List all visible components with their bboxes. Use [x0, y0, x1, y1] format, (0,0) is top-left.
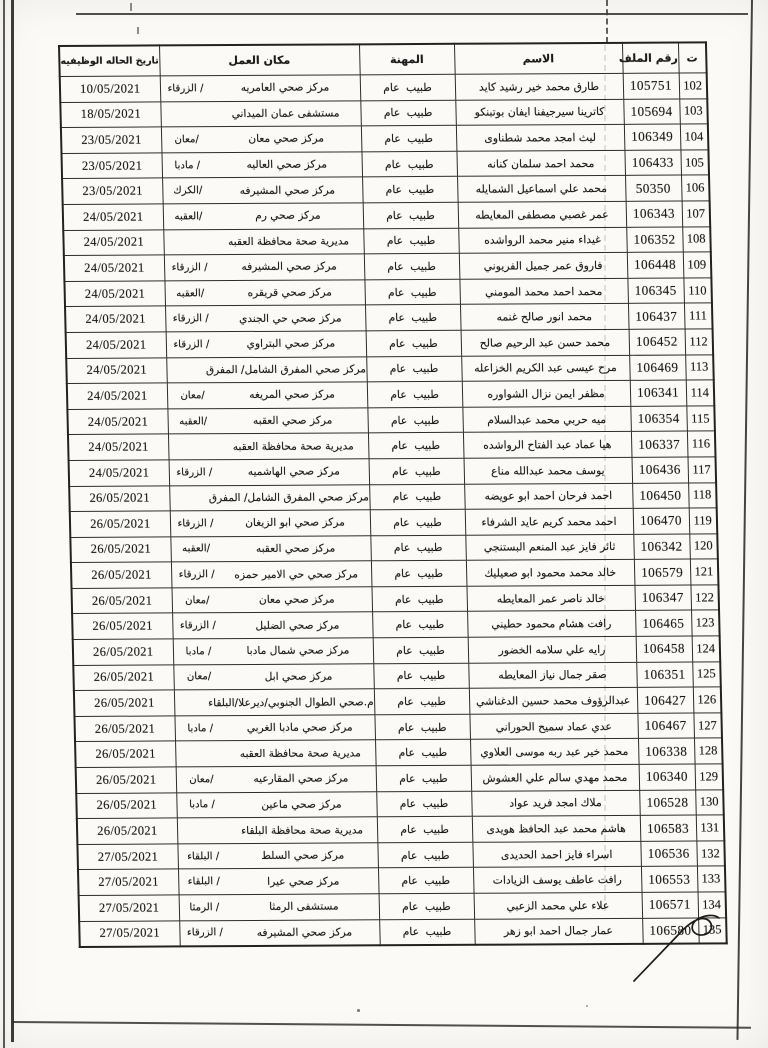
- table-row: 122 106347 خالد ناصر عمر المعايطه طبيب ع…: [72, 585, 720, 614]
- workplace-wrap: مديرية صحة محافظة العقبه: [176, 741, 376, 767]
- scan-tick: [137, 27, 139, 34]
- cell-workplace: مركز صحي رم /العقبه: [163, 203, 364, 230]
- col-header-profession: المهنة: [359, 44, 455, 75]
- cell-file-no: 106450: [632, 483, 689, 509]
- cell-workplace: مركز صحي ابل /معان: [173, 663, 374, 690]
- cell-profession: طبيب عام: [361, 125, 457, 151]
- header-row: ت رقم الملف الاسم المهنة مكان العمل تاري…: [59, 42, 707, 76]
- workplace-wrap: مركز صحي المريغه /معان: [167, 382, 367, 408]
- table-row: 118 106450 احمد فرحان احمد ابو عويضه طبي…: [69, 482, 717, 511]
- workplace-name: مركز صحي المقارعيه: [226, 773, 375, 786]
- workplace-region: / الزرقاء: [166, 339, 216, 350]
- page-left-border-inner: [11, 0, 14, 1042]
- cell-status-date: 24/05/2021: [66, 332, 167, 358]
- cell-index: 112: [685, 329, 714, 355]
- workplace-region: / الزرقاء: [166, 313, 216, 324]
- cell-profession: طبيب عام: [367, 407, 463, 433]
- cell-profession: طبيب عام: [363, 202, 459, 228]
- cell-status-date: 24/05/2021: [67, 409, 168, 435]
- cell-name: خالد ناصر عمر المعايطه: [466, 585, 635, 612]
- workplace-wrap: مركز صحي معان /معان: [172, 587, 372, 613]
- table-row: 119 106470 احمد محمد كريم عايد الشرفاء ط…: [70, 508, 718, 537]
- cell-profession: طبيب عام: [368, 433, 464, 459]
- cell-name: طارق محمد خير رشيد كايد: [455, 73, 624, 100]
- cell-name: رافت عاطف يوسف الزيادات: [473, 867, 642, 894]
- cell-index: 115: [686, 406, 715, 432]
- page-bottom-border: [13, 1021, 751, 1029]
- cell-workplace: مركز صحي المريغه /معان: [167, 382, 368, 409]
- cell-status-date: 26/05/2021: [75, 741, 176, 767]
- cell-workplace: مركز صحي مادبا الغربي / مادبا: [174, 715, 375, 742]
- cell-workplace: مركز صحي المفرق الشامل/ المفرق: [169, 484, 370, 511]
- cell-file-no: 106354: [630, 406, 687, 432]
- cell-status-date: 26/05/2021: [76, 767, 177, 793]
- cell-index: 105: [680, 150, 709, 176]
- cell-status-date: 23/05/2021: [61, 127, 162, 153]
- cell-index: 106: [681, 175, 710, 201]
- workplace-region: /معان: [167, 390, 217, 401]
- cell-workplace: مركز صحي ابو الزيغان / الزرقاء: [170, 510, 371, 537]
- cell-workplace: مركز صحي عيرا / البلقاء: [178, 868, 379, 895]
- cell-status-date: 24/05/2021: [67, 383, 168, 409]
- workplace-region: /العقبه: [168, 416, 218, 427]
- cell-workplace: مركز صحي البتراوي / الزرقاء: [166, 331, 367, 358]
- workplace-region: / الزرقاء: [169, 467, 219, 478]
- table-row: 131 106583 هاشم محمد عبد الحافظ هويدى طب…: [77, 815, 725, 844]
- cell-name: فاروق عمر جميل الفريوني: [459, 253, 628, 280]
- cell-profession: طبيب عام: [364, 253, 460, 279]
- workplace-name: مركز صحي الضليل: [223, 619, 372, 632]
- cell-workplace: مركز صحي المشيرفه / الزرقاء: [164, 254, 365, 281]
- table-row: 132 106536 اسراء فايز احمد الحديدى طبيب …: [77, 841, 725, 870]
- cell-profession: طبيب عام: [371, 586, 467, 612]
- workplace-wrap: مديرية صحة محافظة البلقاء: [177, 818, 377, 844]
- table-row: 120 106342 ثائر فايز عبد المنعم البستنجي…: [70, 534, 718, 563]
- workplace-wrap: مديرية صحة محافظة العقبه: [164, 229, 364, 255]
- cell-file-no: 106452: [629, 329, 686, 355]
- page-right-border: [736, 0, 753, 1040]
- cell-name: مرح عيسى عبد الكريم الخزاعله: [461, 355, 630, 382]
- cell-workplace: مركز صحي العقبه /العقبه: [167, 408, 368, 435]
- cell-profession: طبيب عام: [373, 663, 469, 689]
- cell-workplace: م.صحي الطوال الجنوبي/ديرعلا/البلقاء: [174, 689, 375, 716]
- cell-file-no: 106341: [630, 380, 687, 406]
- cell-status-date: 26/05/2021: [72, 588, 173, 614]
- workplace-name: مركز صحي حي الامير حمزه: [222, 568, 371, 581]
- workplace-wrap: مركز صحي حي الامير حمزه / الزرقاء: [171, 562, 371, 588]
- col-header-file-no: رقم الملف: [622, 43, 679, 74]
- cell-name: محمد علي اسماعيل الشمايله: [457, 176, 626, 203]
- workplace-wrap: مستشفى عمان الميداني: [161, 101, 361, 127]
- cell-status-date: 26/05/2021: [74, 690, 175, 716]
- cell-status-date: 24/05/2021: [64, 281, 165, 307]
- cell-name: محمد احمد محمد المومني: [459, 278, 628, 305]
- cell-workplace: مديرية صحة محافظة البلقاء: [177, 817, 378, 844]
- workplace-wrap: مركز صحي ماعين / مادبا: [177, 792, 377, 818]
- staff-table: ت رقم الملف الاسم المهنة مكان العمل تاري…: [58, 41, 728, 948]
- workplace-region: /العقبه: [171, 544, 221, 555]
- cell-workplace: مركز صحي حي الجندي / الزرقاء: [165, 305, 366, 332]
- workplace-wrap: مديرية صحة محافظة العقبه: [168, 434, 368, 460]
- cell-profession: طبيب عام: [360, 74, 456, 100]
- cell-profession: طبيب عام: [377, 842, 473, 868]
- workplace-name: مركز صحي المشيرفه: [213, 184, 362, 197]
- cell-index: 108: [682, 226, 711, 252]
- col-header-name: الاسم: [454, 43, 623, 74]
- cell-profession: طبيب عام: [371, 561, 467, 587]
- col-header-status-date: تاريخ الحاله الوظيفيه: [59, 45, 160, 76]
- cell-workplace: مركز صحي حي الامير حمزه / الزرقاء: [171, 561, 372, 588]
- workplace-name: مركز صحي المشيرفه: [214, 261, 363, 274]
- table-row: 126 106427 عبدالرؤوف محمد حسين الدغناشي …: [74, 687, 722, 716]
- cell-status-date: 27/05/2021: [79, 921, 180, 948]
- table-row: 125 106351 صقر جمال نياز المعايطه طبيب ع…: [73, 662, 721, 691]
- cell-index: 103: [679, 98, 708, 124]
- cell-index: 132: [696, 841, 725, 867]
- workplace-name: مركز صحي المفرق الشامل/ المفرق: [209, 491, 369, 504]
- cell-status-date: 23/05/2021: [62, 178, 163, 204]
- workplace-name: مستشفى عمان الميداني: [211, 107, 360, 120]
- cell-name: هيا عماد عبد الفتاح الرواشده: [463, 432, 632, 459]
- workplace-name: مديرية صحة محافظة العقبه: [226, 747, 375, 760]
- cell-profession: طبيب عام: [362, 177, 458, 203]
- workplace-region: / البلقاء: [179, 876, 229, 887]
- cell-status-date: 24/05/2021: [64, 255, 165, 281]
- scanned-page: ت رقم الملف الاسم المهنة مكان العمل تاري…: [0, 0, 768, 1048]
- table-row: 106 50350 محمد علي اسماعيل الشمايله طبيب…: [62, 175, 710, 204]
- cell-workplace: مركز صحي المفرق الشامل/ المفرق: [166, 356, 367, 383]
- workplace-region: / الزرقاء: [160, 83, 210, 94]
- cell-workplace: مركز صحي الهاشميه / الزرقاء: [169, 459, 370, 486]
- cell-status-date: 27/05/2021: [77, 844, 178, 870]
- cell-name: محمد خير عبد ربه موسى العلاوي: [470, 739, 639, 766]
- cell-index: 121: [690, 559, 719, 585]
- cell-name: غيداء منير محمد الرواشده: [458, 227, 627, 254]
- workplace-wrap: مركز صحي ابل /معان: [174, 664, 374, 690]
- cell-status-date: 26/05/2021: [69, 485, 170, 511]
- cell-index: 118: [688, 482, 717, 508]
- workplace-name: مركز صحي ابو الزيغان: [220, 517, 369, 530]
- cell-file-no: 106352: [626, 227, 683, 253]
- cell-name: عمر غصبي مصطفى المعايطه: [458, 201, 627, 228]
- cell-file-no: 106343: [626, 201, 683, 227]
- workplace-wrap: مركز صحي البتراوي / الزرقاء: [166, 331, 366, 357]
- cell-workplace: مركز صحي معان /معان: [161, 126, 362, 153]
- cell-workplace: مركز صحي العامريه / الزرقاء: [160, 75, 361, 102]
- cell-name: هاشم محمد عبد الحافظ هويدى: [472, 816, 641, 843]
- workplace-name: مركز صحي المشيرفه: [230, 926, 379, 939]
- workplace-wrap: مركز صحي شمال مادبا / مادبا: [173, 638, 373, 664]
- cell-name: عمار جمال احمد ابو زهر: [474, 918, 643, 945]
- cell-workplace: مركز صحي ماعين / مادبا: [176, 791, 377, 818]
- workplace-name: مركز صحي قريقره: [215, 286, 364, 299]
- col-header-workplace: مكان العمل: [159, 44, 360, 76]
- cell-status-date: 24/05/2021: [69, 460, 170, 486]
- cell-name: مظفر ايمن نزال الشواوره: [462, 380, 631, 407]
- cell-profession: طبيب عام: [374, 689, 470, 715]
- workplace-region: / مادبا: [173, 646, 223, 657]
- cell-file-no: 106469: [629, 355, 686, 381]
- cell-index: 120: [689, 534, 718, 560]
- workplace-name: مديرية صحة محافظة العقبه: [219, 440, 368, 453]
- cell-status-date: 10/05/2021: [60, 76, 161, 102]
- cell-status-date: 26/05/2021: [77, 818, 178, 844]
- table-row: 114 106341 مظفر ايمن نزال الشواوره طبيب …: [67, 380, 715, 409]
- workplace-region: /العقبه: [163, 211, 213, 222]
- cell-file-no: 106536: [640, 841, 697, 867]
- cell-status-date: 24/05/2021: [65, 306, 166, 332]
- cell-profession: طبيب عام: [369, 484, 465, 510]
- cell-status-date: 26/05/2021: [73, 639, 174, 665]
- cell-profession: طبيب عام: [365, 305, 461, 331]
- page-top-line: [76, 13, 748, 15]
- cell-status-date: 27/05/2021: [78, 869, 179, 895]
- scan-tick: [130, 3, 132, 11]
- cell-file-no: 106427: [637, 687, 694, 713]
- cell-profession: طبيب عام: [369, 458, 465, 484]
- cell-file-no: 106340: [639, 764, 696, 790]
- table-row: 105 106433 محمد احمد سلمان كنانه طبيب عا…: [61, 150, 709, 179]
- workplace-region: / الزرقاء: [173, 620, 223, 631]
- workplace-region: / مادبا: [162, 160, 212, 171]
- cell-index: 133: [697, 866, 726, 892]
- cell-file-no: 106437: [628, 303, 685, 329]
- cell-index: 107: [682, 201, 711, 227]
- cell-index: 129: [695, 764, 724, 790]
- cell-file-no: 106433: [624, 150, 681, 176]
- workplace-region: / الزرقاء: [165, 262, 215, 273]
- cell-file-no: 106345: [627, 278, 684, 304]
- workplace-region: /معان: [172, 595, 222, 606]
- workplace-wrap: مركز صحي الضليل / الزرقاء: [173, 613, 373, 639]
- cell-file-no: 106458: [636, 636, 693, 662]
- table-row: 124 106458 رايه علي سلامه الخضور طبيب عا…: [73, 636, 721, 665]
- workplace-name: مديرية صحة محافظة البلقاء: [227, 824, 376, 837]
- cell-workplace: مركز صحي شمال مادبا / مادبا: [173, 638, 374, 665]
- workplace-wrap: مركز صحي عيرا / البلقاء: [179, 869, 379, 895]
- workplace-wrap: مركز صحي العقبه /العقبه: [168, 408, 368, 434]
- cell-workplace: مستشفى الرمثا / الرمثا: [179, 894, 380, 921]
- cell-name: صقر جمال نياز المعايطه: [468, 662, 637, 689]
- table-row: 108 106352 غيداء منير محمد الرواشده طبيب…: [63, 226, 711, 255]
- workplace-name: مركز صحي رم: [213, 210, 362, 223]
- workplace-region: / مادبا: [175, 723, 225, 734]
- workplace-wrap: مركز صحي المشيرفه / الزرقاء: [164, 254, 364, 280]
- cell-name: محمد حسن عبد الرحيم صالح: [461, 329, 630, 356]
- cell-status-date: 26/05/2021: [70, 537, 171, 563]
- cell-status-date: 23/05/2021: [61, 153, 162, 179]
- cell-name: كاترينا سيرجيفنا ايفان بوتبنكو: [455, 99, 624, 126]
- cell-status-date: 26/05/2021: [73, 665, 174, 691]
- workplace-wrap: مركز صحي مادبا الغربي / مادبا: [175, 715, 375, 741]
- cell-workplace: مركز صحي العاليه / مادبا: [161, 152, 362, 179]
- workplace-name: مركز صحي ماعين: [227, 798, 376, 811]
- workplace-wrap: مركز صحي معان /معان: [161, 127, 361, 153]
- cell-name: محمد مهدي سالم علي العشوش: [471, 764, 640, 791]
- workplace-region: / الزرقاء: [180, 928, 230, 939]
- cell-index: 104: [680, 124, 709, 150]
- cell-file-no: 106338: [638, 738, 695, 764]
- table-row: 110 106345 محمد احمد محمد المومني طبيب ع…: [64, 278, 712, 307]
- cell-file-no: 106351: [636, 662, 693, 688]
- workplace-region: /العقبه: [165, 288, 215, 299]
- cell-index: 119: [689, 508, 718, 534]
- cell-index: 125: [692, 662, 721, 688]
- cell-file-no: 106337: [631, 431, 688, 457]
- cell-status-date: 27/05/2021: [79, 895, 180, 921]
- cell-index: 127: [693, 713, 722, 739]
- cell-index: 126: [693, 687, 722, 713]
- workplace-wrap: مركز صحي الهاشميه / الزرقاء: [169, 459, 369, 485]
- cell-index: 128: [694, 738, 723, 764]
- cell-name: خالد محمد محمود ابو صعيليك: [466, 560, 635, 587]
- workplace-wrap: مركز صحي المفرق الشامل/ المفرق: [170, 485, 370, 511]
- workplace-name: مركز صحي العقبه: [221, 542, 370, 555]
- cell-workplace: مركز صحي قريقره /العقبه: [164, 280, 365, 307]
- cell-file-no: 106467: [637, 713, 694, 739]
- cell-status-date: 24/05/2021: [63, 229, 164, 255]
- workplace-name: مركز صحي مادبا الغربي: [225, 721, 374, 734]
- workplace-name: مستشفى الرمثا: [229, 901, 378, 914]
- cell-index: 117: [688, 457, 717, 483]
- cell-profession: طبيب عام: [373, 637, 469, 663]
- cell-profession: طبيب عام: [376, 765, 472, 791]
- cell-workplace: مركز صحي الضليل / الزرقاء: [172, 612, 373, 639]
- workplace-region: /معان: [176, 774, 226, 785]
- table-row: 133 106553 رافت عاطف يوسف الزيادات طبيب …: [78, 866, 726, 895]
- workplace-name: مركز صحي الهاشميه: [219, 466, 368, 479]
- workplace-name: مركز صحي معان: [212, 133, 361, 146]
- cell-name: رافت هشام محمود حطيني: [467, 611, 636, 638]
- workplace-region: / الزرقاء: [170, 518, 220, 529]
- cell-file-no: 106342: [633, 534, 690, 560]
- workplace-region: /الكرك: [163, 185, 213, 196]
- fold-dash-line: [606, 0, 608, 43]
- workplace-wrap: مركز صحي حي الجندي / الزرقاء: [166, 306, 366, 332]
- workplace-wrap: مركز صحي المشيرفه / الزرقاء: [180, 920, 380, 946]
- cell-file-no: 50350: [625, 175, 682, 201]
- cell-status-date: 26/05/2021: [71, 562, 172, 588]
- page-left-border-outer: [3, 0, 5, 1048]
- table-row: 112 106452 محمد حسن عبد الرحيم صالح طبيب…: [66, 329, 714, 358]
- table-row: 130 106528 ملاك امجد فريد عواد طبيب عام …: [76, 789, 724, 818]
- cell-profession: طبيب عام: [364, 279, 460, 305]
- cell-name: علاء علي محمد الزعبي: [474, 892, 643, 919]
- cell-index: 114: [686, 380, 715, 406]
- workplace-region: / مادبا: [177, 800, 227, 811]
- cell-profession: طبيب عام: [374, 714, 470, 740]
- cell-index: 123: [691, 610, 720, 636]
- table-row: 115 106354 ميه حربي محمد عبدالسلام طبيب …: [67, 406, 715, 435]
- workplace-name: مركز صحي معان: [222, 593, 371, 606]
- cell-status-date: 24/05/2021: [68, 434, 169, 460]
- table-row: 128 106338 محمد خير عبد ربه موسى العلاوي…: [75, 738, 723, 767]
- table-row: 121 106579 خالد محمد محمود ابو صعيليك طب…: [71, 559, 719, 588]
- cell-index: 116: [687, 431, 716, 457]
- workplace-region: /معان: [162, 134, 212, 145]
- workplace-name: م.صحي الطوال الجنوبي/ديرعلا/البلقاء: [208, 696, 374, 709]
- cell-index: 109: [683, 252, 712, 278]
- cell-profession: طبيب عام: [366, 356, 462, 382]
- cell-index: 130: [695, 789, 724, 815]
- cell-file-no: 106448: [627, 252, 684, 278]
- workplace-wrap: مركز صحي المفرق الشامل/ المفرق: [167, 357, 367, 383]
- cell-name: يوسف محمد عبدالله مناع: [464, 457, 633, 484]
- workplace-wrap: مركز صحي العامريه / الزرقاء: [160, 75, 360, 101]
- cell-workplace: مركز صحي العقبه /العقبه: [170, 535, 371, 562]
- workplace-wrap: م.صحي الطوال الجنوبي/ديرعلا/البلقاء: [174, 690, 374, 716]
- cell-profession: طبيب عام: [376, 791, 472, 817]
- cell-name: احمد محمد كريم عايد الشرفاء: [465, 508, 634, 535]
- workplace-name: مركز صحي ابل: [224, 670, 373, 683]
- cell-workplace: مركز صحي المشيرفه /الكرك: [162, 177, 363, 204]
- workplace-name: مديرية صحة محافظة العقبه: [214, 235, 363, 248]
- table-row: 109 106448 فاروق عمر جميل الفريوني طبيب …: [64, 252, 712, 281]
- workplace-wrap: مركز صحي ابو الزيغان / الزرقاء: [170, 510, 370, 536]
- cell-name: ملاك امجد فريد عواد: [471, 790, 640, 817]
- workplace-name: مركز صحي المريغه: [217, 389, 366, 402]
- cell-profession: طبيب عام: [375, 740, 471, 766]
- cell-index: 102: [679, 73, 708, 99]
- cell-status-date: 26/05/2021: [70, 511, 171, 537]
- workplace-wrap: مركز صحي المقارعيه /معان: [176, 766, 376, 792]
- cell-status-date: 26/05/2021: [72, 613, 173, 639]
- signature-scribble-icon: [628, 903, 723, 988]
- cell-name: محمد انور صالح غنمه: [460, 304, 629, 331]
- workplace-region: / الرمثا: [179, 902, 229, 913]
- workplace-wrap: مركز صحي رم /العقبه: [163, 203, 363, 229]
- cell-status-date: 18/05/2021: [60, 102, 161, 128]
- cell-name: ميه حربي محمد عبدالسلام: [462, 406, 631, 433]
- cell-index: 110: [683, 278, 712, 304]
- cell-profession: طبيب عام: [366, 330, 462, 356]
- cell-profession: طبيب عام: [367, 381, 463, 407]
- cell-profession: طبيب عام: [360, 100, 456, 126]
- table-row: 127 106467 عدي عماد سميح الحوراني طبيب ع…: [74, 713, 722, 742]
- cell-file-no: 106470: [633, 508, 690, 534]
- cell-profession: طبيب عام: [378, 868, 474, 894]
- cell-workplace: مركز صحي المشيرفه / الزرقاء: [179, 919, 380, 946]
- cell-index: 111: [684, 303, 713, 329]
- cell-name: محمد احمد سلمان كنانه: [456, 150, 625, 177]
- cell-workplace: مستشفى عمان الميداني: [160, 100, 361, 127]
- ink-dot: [586, 1005, 588, 1007]
- workplace-name: مركز صحي حي الجندي: [216, 312, 365, 325]
- cell-workplace: مديرية صحة محافظة العقبه: [168, 433, 369, 460]
- cell-name: عبدالرؤوف محمد حسين الدغناشي: [469, 688, 638, 715]
- cell-file-no: 106436: [632, 457, 689, 483]
- cell-file-no: 105694: [623, 99, 680, 125]
- workplace-wrap: مستشفى الرمثا / الرمثا: [179, 894, 379, 920]
- cell-profession: طبيب عام: [361, 151, 457, 177]
- workplace-name: مركز صحي السلط: [228, 849, 377, 862]
- cell-workplace: مديرية صحة محافظة العقبه: [175, 740, 376, 767]
- cell-name: رايه علي سلامه الخضور: [468, 636, 637, 663]
- cell-profession: طبيب عام: [363, 228, 459, 254]
- cell-profession: طبيب عام: [379, 893, 475, 919]
- workplace-region: / البلقاء: [178, 851, 228, 862]
- workplace-wrap: مركز صحي العاليه / مادبا: [162, 152, 362, 178]
- workplace-name: مركز صحي عيرا: [229, 875, 378, 888]
- table-row: 117 106436 يوسف محمد عبدالله مناع طبيب ع…: [69, 457, 717, 486]
- cell-profession: طبيب عام: [370, 509, 466, 535]
- workplace-region: /معان: [174, 672, 224, 683]
- workplace-wrap: مركز صحي السلط / البلقاء: [178, 843, 378, 869]
- cell-workplace: مركز صحي معان /معان: [172, 587, 373, 614]
- col-header-index: ت: [678, 42, 707, 73]
- cell-file-no: 106528: [639, 790, 696, 816]
- table-row: 102 105751 طارق محمد خير رشيد كايد طبيب …: [60, 73, 708, 102]
